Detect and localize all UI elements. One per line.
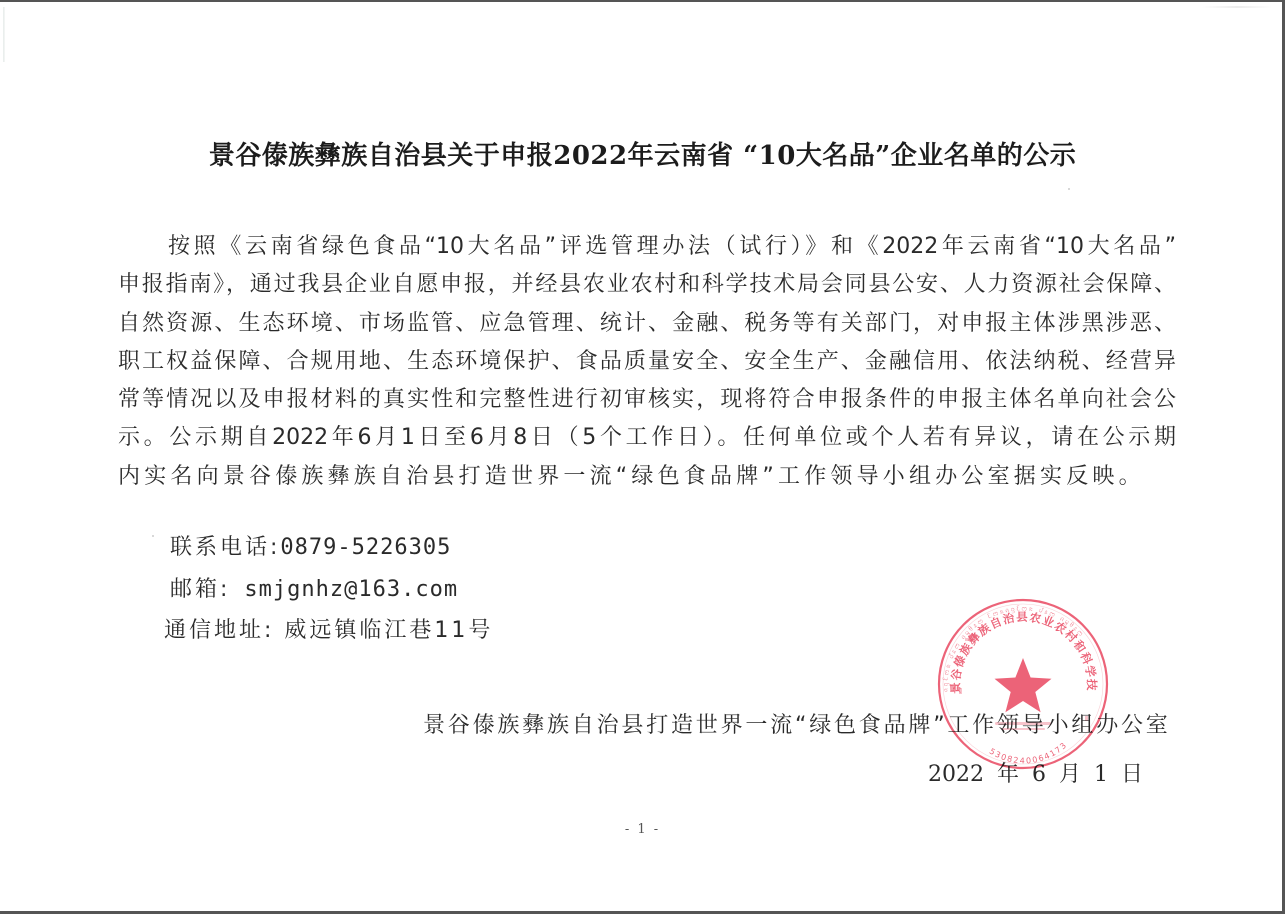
page-number: - 1 - — [0, 822, 1285, 837]
contact-phone: 联系电话:0879-5226305 — [170, 530, 451, 561]
body-line: 内实名向景谷傣族彝族自治县打造世界一流“绿色食品牌”工作领导小组办公室据实反映。 — [118, 458, 1176, 496]
scan-edge-artifact — [3, 7, 5, 62]
star-icon — [995, 658, 1052, 712]
contact-email-label: 邮箱: — [170, 577, 230, 602]
document-title: 景谷傣族彝族自治县关于申报2022年云南省 “10大名品”企业名单的公示 — [0, 135, 1285, 172]
body-paragraph: 按照《云南省绿色食品“10大名品”评选管理办法（试行）》和《2022年云南省“1… — [118, 228, 1176, 496]
scan-speck — [1068, 188, 1070, 190]
body-line: 按照《云南省绿色食品“10大名品”评选管理办法（试行）》和《2022年云南省“1… — [118, 228, 1176, 266]
contact-phone-value: 0879-5226305 — [280, 535, 451, 560]
contact-email-value: smjgnhz@163.com — [244, 577, 458, 602]
body-line: 职工权益保障、合规用地、生态环境保护、食品质量安全、安全生产、金融信用、依法纳税… — [118, 343, 1176, 381]
official-seal: ᦵᦋᦷᦂᦰ ᦔᦸᦂ ᦵᦙᦲᦸᦂ ᦷᦂᦰᦵᦋᦷᦂᦰ ᦔᦸᦂ ᦵᦙᦲᦸᦂ 景谷傣族彝… — [935, 598, 1111, 770]
scan-speck — [152, 535, 154, 537]
contact-email: 邮箱: smjgnhz@163.com — [170, 572, 458, 603]
body-line: 常等情况以及申报材料的真实性和完整性进行初审核实，现将符合申报条件的申报主体名单… — [118, 381, 1176, 419]
document-viewer: 景谷傣族彝族自治县关于申报2022年云南省 “10大名品”企业名单的公示 按照《… — [0, 0, 1285, 914]
contact-phone-label: 联系电话: — [170, 535, 280, 560]
contact-address: 通信地址: 威远镇临江巷11号 — [164, 613, 493, 644]
scan-smudge-artifact — [1202, 6, 1272, 8]
body-line: 自然资源、生态环境、市场监管、应急管理、统计、金融、税务等有关部门，对申报主体涉… — [118, 305, 1176, 343]
contact-address-value: 威远镇临江巷11号 — [284, 618, 493, 643]
body-line: 申报指南》，通过我县企业自愿申报，并经县农业农村和科学技术局会同县公安、人力资源… — [118, 266, 1176, 304]
body-line: 示。公示期自2022年6月1日至6月8日（5个工作日）。任何单位或个人若有异议，… — [118, 419, 1176, 457]
contact-address-label: 通信地址: — [164, 618, 274, 643]
